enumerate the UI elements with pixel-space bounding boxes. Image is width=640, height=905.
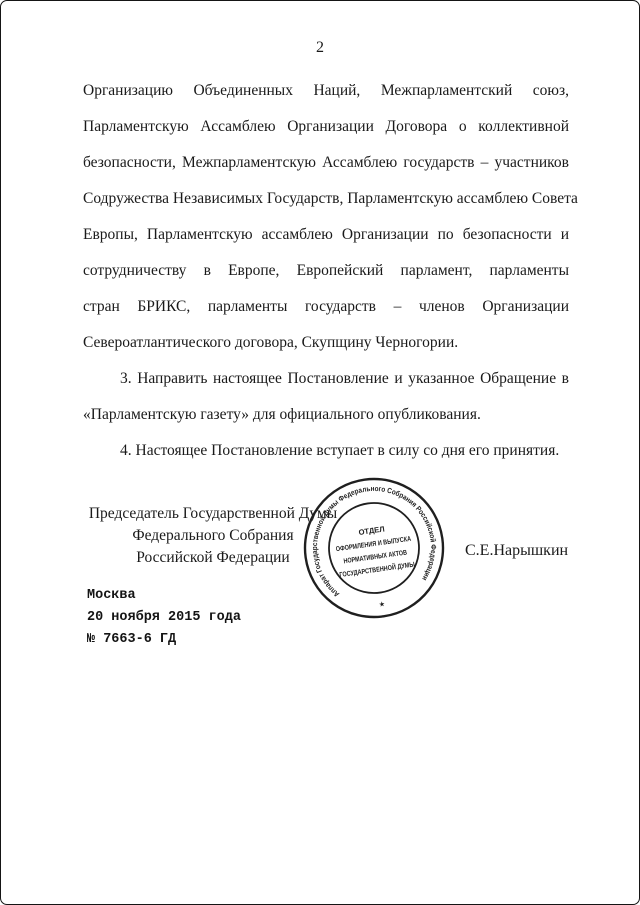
text-line: стран БРИКС, парламенты государств – чле… <box>83 289 569 325</box>
footer-city: Москва <box>87 585 241 607</box>
text-line: Содружества Независимых Государств, Парл… <box>83 181 569 217</box>
text-line: Североатлантического договора, Скупщину … <box>83 325 569 361</box>
stamp-outer-ring <box>296 470 452 626</box>
footer-document-number: № 7663-6 ГД <box>87 629 241 651</box>
text-line: «Парламентскую газету» для официального … <box>83 397 569 433</box>
text-line: сотрудничеству в Европе, Европейский пар… <box>83 253 569 289</box>
text-line: безопасности, Межпарламентскую Ассамблею… <box>83 145 569 181</box>
text-line: Организацию Объединенных Наций, Межпарла… <box>83 73 569 109</box>
signatory-name: С.Е.Нарышкин <box>465 542 568 560</box>
official-stamp-icon: Аппарат Государственной Думы Федеральног… <box>289 463 458 632</box>
stamp-center-line: ОТДЕЛ <box>358 524 385 537</box>
text-line: Европы, Парламентскую ассамблею Организа… <box>83 217 569 253</box>
official-stamp: Аппарат Государственной Думы Федеральног… <box>289 463 458 632</box>
text-line: 3. Направить настоящее Постановление и у… <box>83 361 569 397</box>
footer-block: Москва 20 ноября 2015 года № 7663-6 ГД <box>87 585 241 651</box>
paragraph: 4. Настоящее Постановление вступает в си… <box>83 433 569 469</box>
paragraph: Организацию Объединенных Наций, Межпарла… <box>83 73 569 361</box>
page-number: 2 <box>1 39 639 57</box>
document-body: Организацию Объединенных Наций, Межпарла… <box>83 73 569 469</box>
stamp-ring-text: Аппарат Государственной Думы Федеральног… <box>302 476 444 602</box>
text-line: 4. Настоящее Постановление вступает в си… <box>83 433 569 469</box>
text-line: Парламентскую Ассамблею Организации Дого… <box>83 109 569 145</box>
document-page: 2 Организацию Объединенных Наций, Межпар… <box>0 0 640 905</box>
stamp-star-icon: ★ <box>378 600 385 609</box>
paragraph: 3. Направить настоящее Постановление и у… <box>83 361 569 433</box>
footer-date: 20 ноября 2015 года <box>87 607 241 629</box>
